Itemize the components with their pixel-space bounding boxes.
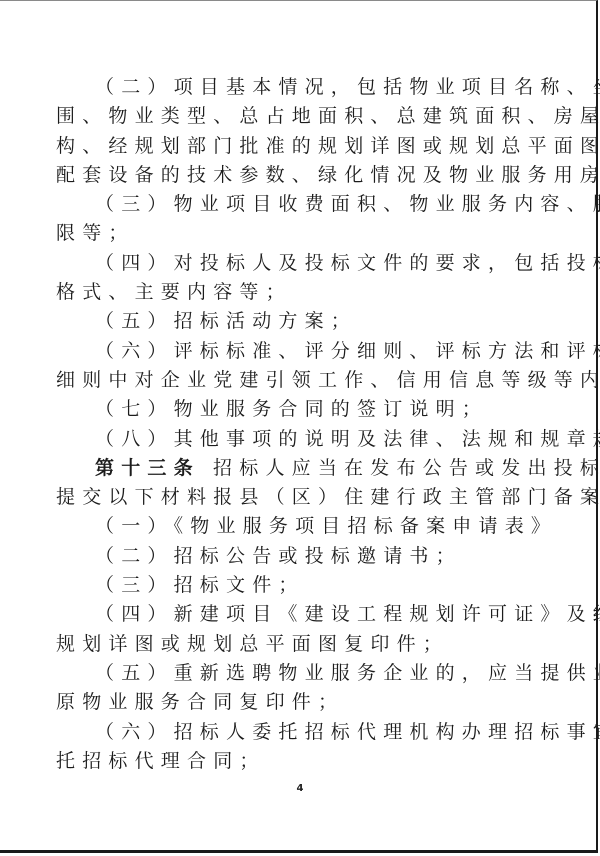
paragraph-line: 构、经规划部门批准的规划详图或规划总平面图、物业功能分区、	[56, 132, 532, 161]
paragraph-line: 格式、主要内容等；	[56, 278, 532, 307]
page-number: 4	[0, 783, 600, 794]
paragraph-line: （三）招标文件；	[56, 571, 532, 600]
paragraph-line: 原物业服务合同复印件；	[56, 688, 532, 717]
paragraph-line: （四）新建项目《建设工程规划许可证》及经规划部门批准的	[56, 600, 532, 629]
paragraph-line: （三）物业项目收费面积、物业服务内容、服务标准和服务期	[56, 190, 532, 219]
paragraph-line: （六）评标标准、评分细则、评标方法和评标程序。其中评标	[56, 337, 532, 366]
paragraph-line: 围、物业类型、总占地面积、总建筑面积、房屋幢数、房屋建筑结	[56, 102, 532, 131]
paragraph-line: 限等；	[56, 219, 532, 248]
paragraph-line: 规划详图或规划总平面图复印件；	[56, 630, 532, 659]
article-heading: 第十三条	[95, 457, 200, 479]
paragraph-line: （二）招标公告或投标邀请书；	[56, 542, 532, 571]
article-text: 招标人应当在发布公告或发出投标邀请书 10 日前，	[200, 457, 600, 479]
paragraph-line: （五）招标活动方案；	[56, 307, 532, 336]
paragraph-line: 托招标代理合同；	[56, 747, 532, 776]
paragraph-line: （八）其他事项的说明及法律、法规和规章规定的其他内容。	[56, 425, 532, 454]
paragraph-line: （一）《物业服务项目招标备案申请表》	[56, 512, 532, 541]
document-page: （二）项目基本情况，包括物业项目名称、坐落地址、四至范 围、物业类型、总占地面积…	[0, 0, 598, 853]
paragraph-line: 细则中对企业党建引领工作、信用信息等级等内容占有相应分值；	[56, 366, 532, 395]
paragraph-line: 提交以下材料报县（区）住建行政主管部门备案。	[56, 483, 532, 512]
paragraph-line: 配套设备的技术参数、绿化情况及物业服务用房配置等；	[56, 161, 532, 190]
paragraph-line: （五）重新选聘物业服务企业的，应当提供业主大会决议原件、	[56, 659, 532, 688]
paragraph-line: （四）对投标人及投标文件的要求，包括投标人资格、投标书	[56, 249, 532, 278]
article-line: 第十三条 招标人应当在发布公告或发出投标邀请书 10 日前，	[56, 454, 532, 483]
document-body: （二）项目基本情况，包括物业项目名称、坐落地址、四至范 围、物业类型、总占地面积…	[56, 73, 532, 776]
paragraph-line: （六）招标人委托招标代理机构办理招标事宜的，应当提交委	[56, 718, 532, 747]
paragraph-line: （二）项目基本情况，包括物业项目名称、坐落地址、四至范	[56, 73, 532, 102]
paragraph-line: （七）物业服务合同的签订说明；	[56, 395, 532, 424]
